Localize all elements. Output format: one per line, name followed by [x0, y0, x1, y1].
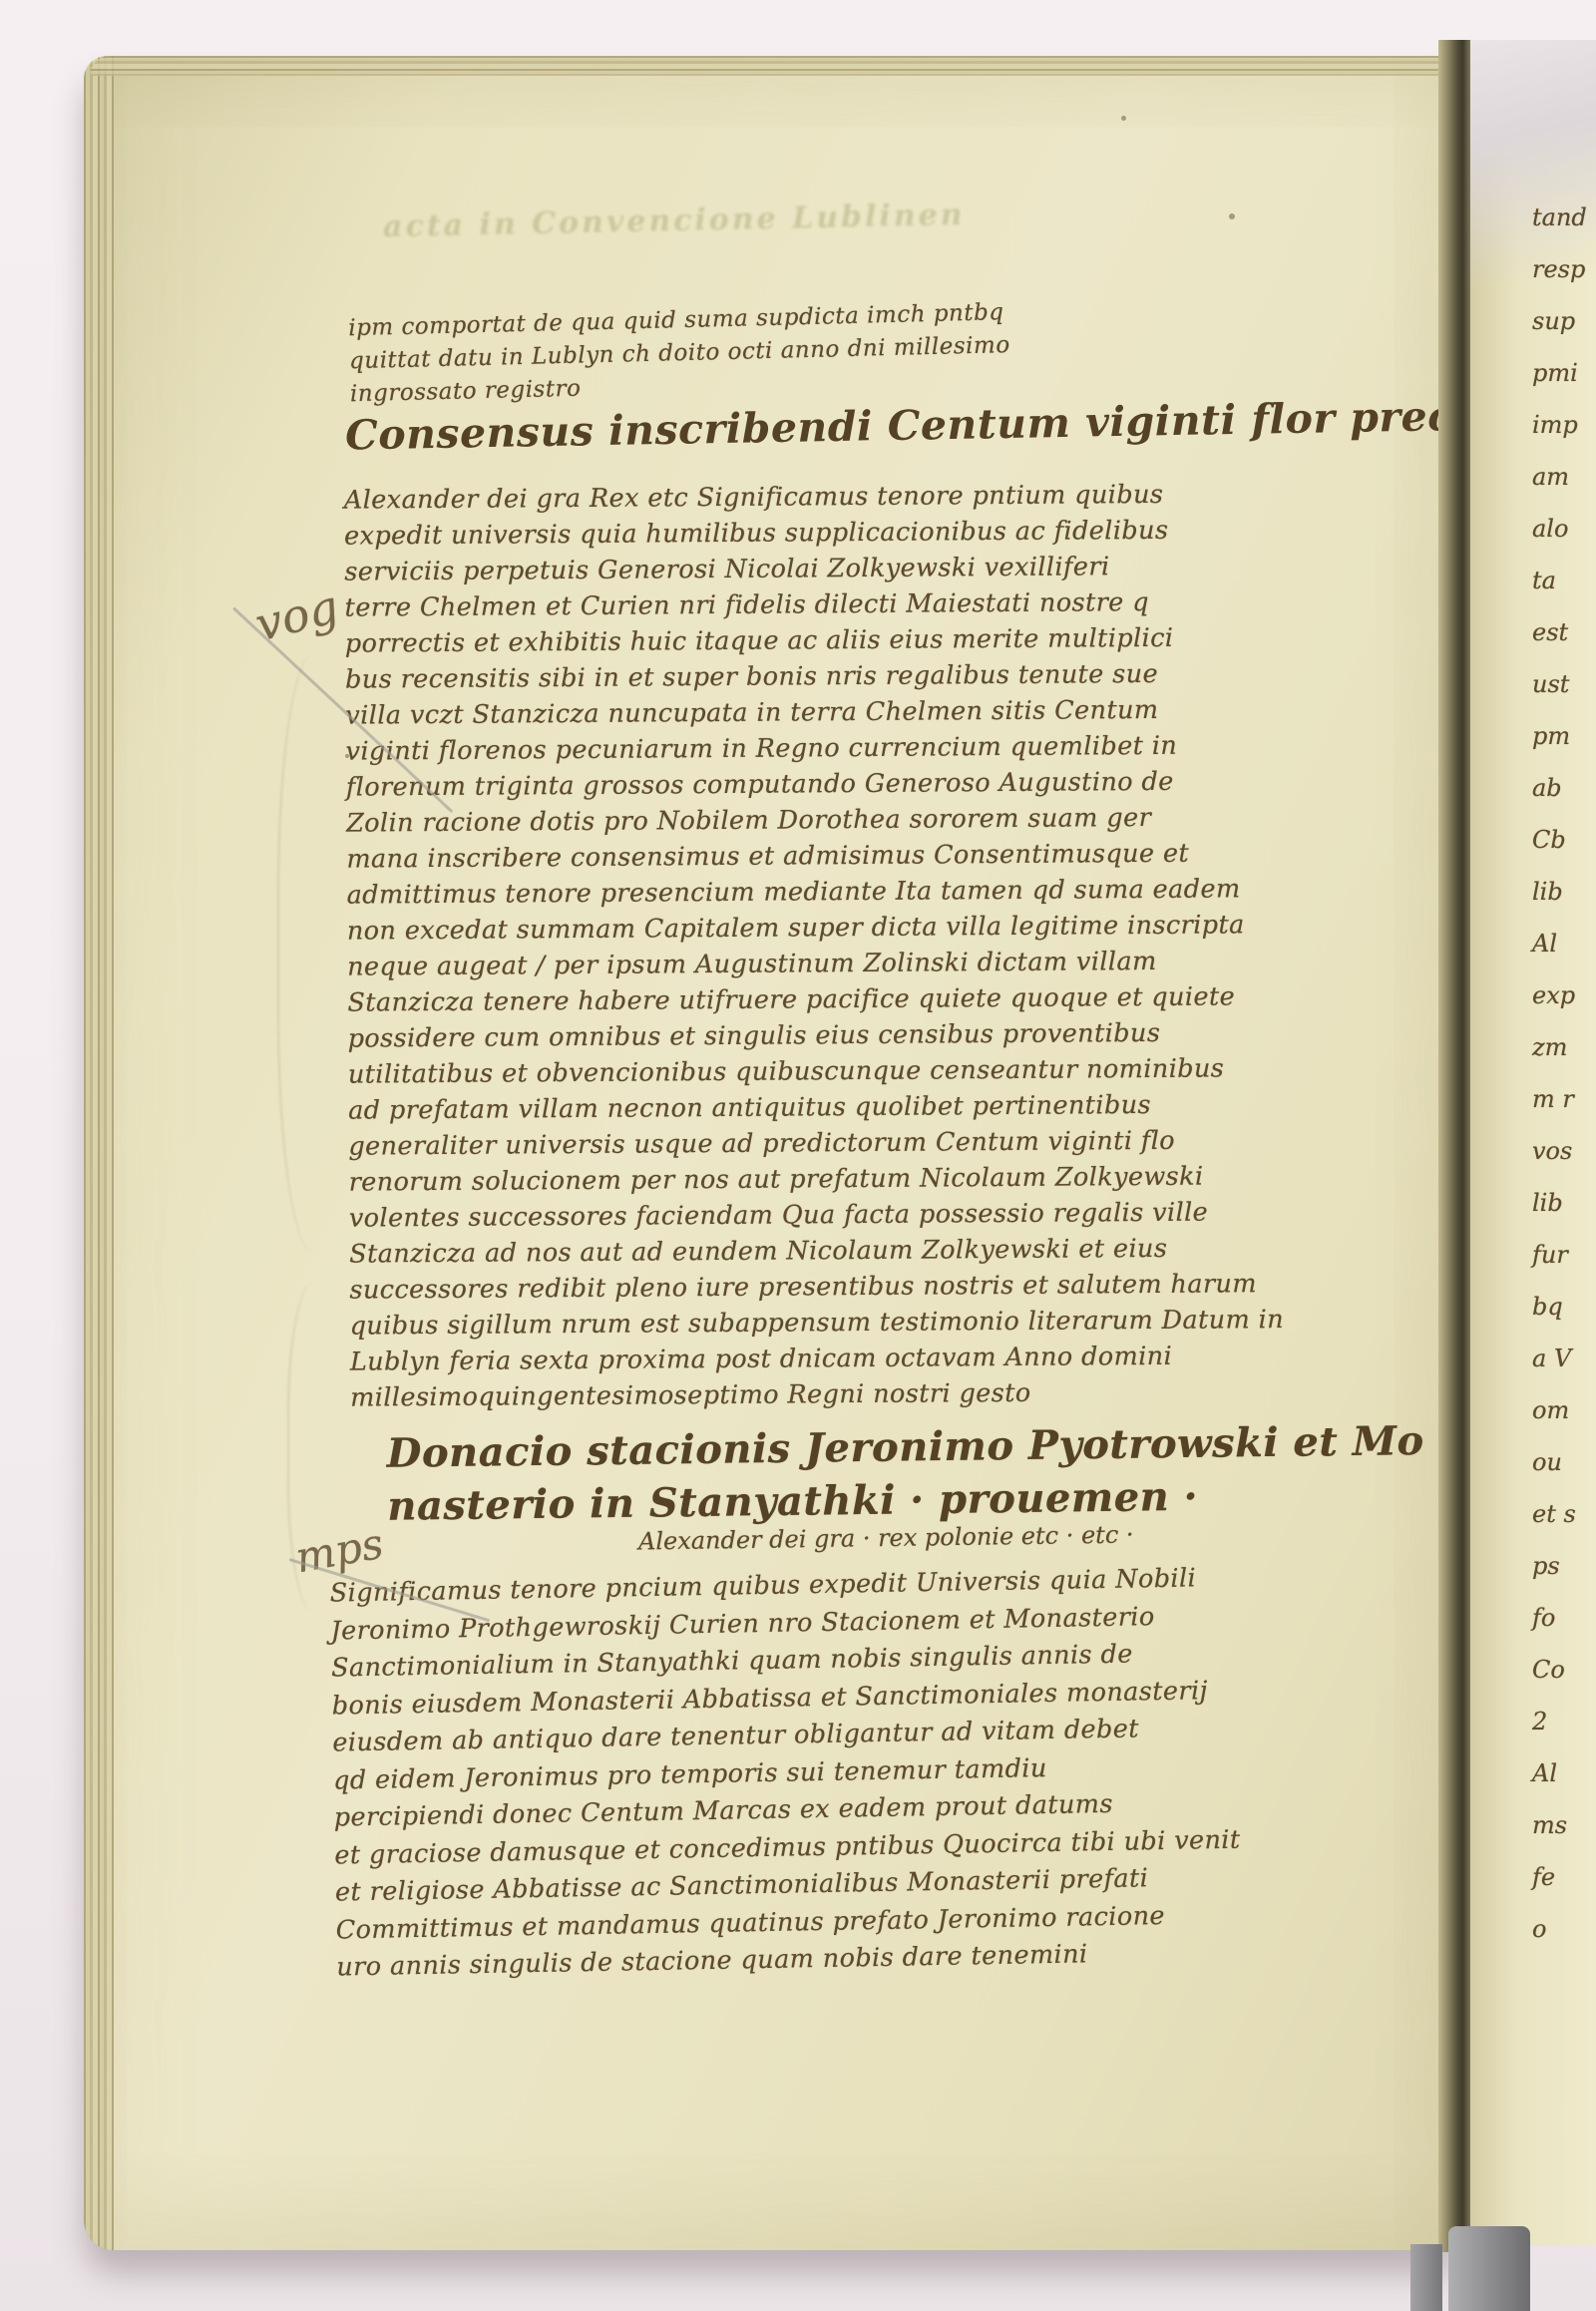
fragment-line: alo	[1532, 503, 1587, 555]
fragment-line: pmi	[1532, 347, 1587, 399]
fragment-line: a V	[1532, 1333, 1587, 1384]
parchment-crease	[277, 654, 349, 1253]
fragment-line: Cb	[1532, 814, 1587, 866]
entry2-body: Significamus tenore pncium quibus expedi…	[329, 1557, 1423, 1987]
left-page-content: acta in Convencione Lublinen ipm comport…	[84, 56, 1454, 2250]
manuscript-scan: { "page": { "ink_color": "#5d4a2c", "par…	[0, 0, 1596, 2311]
fragment-line: ta	[1532, 555, 1587, 606]
fragment-line: o	[1532, 1903, 1587, 1955]
fragment-line: sup	[1532, 295, 1587, 347]
fragment-line: ab	[1532, 762, 1587, 814]
fragment-line: om	[1532, 1384, 1587, 1436]
fragment-line: lib	[1532, 1177, 1587, 1229]
fragment-line: Al	[1532, 918, 1587, 969]
margin-annotation-1: vog	[250, 579, 344, 652]
fragment-line: imp	[1532, 399, 1587, 451]
ink-speck	[345, 754, 349, 758]
manuscript-line: Stanzicza tenere habere utifruere pacifi…	[347, 977, 1375, 1020]
fragment-line: ms	[1532, 1799, 1587, 1851]
fragment-line: ps	[1532, 1540, 1587, 1592]
ink-speck	[1121, 116, 1126, 121]
ink-speck	[1229, 213, 1235, 219]
fragment-line: exp	[1532, 969, 1587, 1021]
ghost-showthrough-text: acta in Convencione Lublinen	[383, 197, 966, 244]
fragment-line: Co	[1532, 1644, 1587, 1696]
facing-page-sliver: tandrespsuppmiimpamalotaestustpmabCblibA…	[1470, 40, 1596, 2246]
fragment-line: fe	[1532, 1851, 1587, 1903]
preamble-block: ipm comportat de qua quid suma supdicta …	[348, 290, 1268, 411]
fragment-line: vos	[1532, 1125, 1587, 1177]
fragment-line: lib	[1532, 866, 1587, 918]
cradle-support-bar	[1448, 2226, 1530, 2311]
fragment-line: pm	[1532, 710, 1587, 762]
manuscript-left-page: acta in Convencione Lublinen ipm comport…	[84, 56, 1454, 2250]
entry2-subheading: Alexander dei gra · rex polonie etc · et…	[638, 1521, 1134, 1556]
manuscript-line: millesimoquingentesimoseptimo Regni nost…	[350, 1372, 1378, 1415]
fragment-line: ust	[1532, 658, 1587, 710]
manuscript-line: non excedat summam Capitalem super dicta…	[347, 906, 1375, 949]
fragment-line: bq	[1532, 1281, 1587, 1333]
fragment-line: am	[1532, 451, 1587, 503]
fragment-line: 2	[1532, 1696, 1587, 1747]
fragment-line: fur	[1532, 1229, 1587, 1281]
fragment-line: fo	[1532, 1592, 1587, 1644]
fragment-line: ou	[1532, 1436, 1587, 1488]
entry2-heading: Donacio stacionis Jeronimo Pyotrowski et…	[386, 1413, 1494, 1533]
book-gutter	[1438, 40, 1472, 2252]
manuscript-line: utilitatibus et obvencionibus quibuscunq…	[348, 1049, 1376, 1092]
fragment-line: m r	[1532, 1073, 1587, 1125]
fragment-line: est	[1532, 606, 1587, 658]
fragment-line: et s	[1532, 1488, 1587, 1540]
fragment-line: resp	[1532, 243, 1587, 295]
cradle-support-bar	[1410, 2244, 1442, 2311]
parchment-crease	[287, 1283, 339, 1612]
fragment-line: Al	[1532, 1747, 1587, 1799]
entry1-body: Alexander dei gra Rex etc Significamus t…	[344, 475, 1379, 1415]
manuscript-line: quibus sigillum nrum est subappensum tes…	[350, 1301, 1378, 1344]
fragment-line: zm	[1532, 1021, 1587, 1073]
facing-page-text-fragments: tandrespsuppmiimpamalotaestustpmabCblibA…	[1532, 192, 1587, 1955]
fragment-line: tand	[1532, 192, 1587, 243]
